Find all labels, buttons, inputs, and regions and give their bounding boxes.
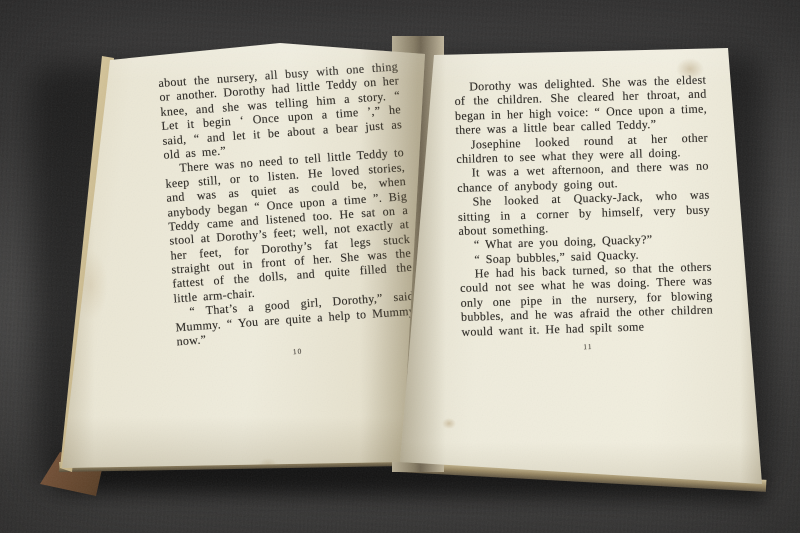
- book-photo-scene: about the nursery, all busy with one thi…: [0, 0, 800, 533]
- book-page-right: Dorothy was delighted. She was the eldes…: [398, 46, 766, 486]
- foxing-stain: [442, 418, 456, 429]
- paragraph: Josephine looked round at her other chil…: [456, 130, 709, 166]
- foxing-stain: [676, 58, 704, 80]
- paragraph: “ Soap bubbles,” said Quacky.: [459, 245, 711, 267]
- paragraph: She looked at Quacky-Jack, who was sitti…: [457, 188, 710, 239]
- paragraph: There was no need to tell little Teddy t…: [164, 145, 413, 305]
- paragraph: It was a wet afternoon, and there was no…: [457, 159, 710, 195]
- paragraph: Dorothy was delighted. She was the eldes…: [454, 73, 708, 138]
- page-text-left: about the nursery, all busy with one thi…: [158, 59, 418, 364]
- paragraph: “ That’s a good girl, Dorothy,” said Mum…: [174, 289, 416, 349]
- page-text-right: Dorothy was delighted. She was the eldes…: [454, 73, 714, 355]
- page-number-right: 11: [462, 338, 714, 354]
- paragraph: about the nursery, all busy with one thi…: [158, 59, 403, 162]
- paragraph: “ What are you doing, Quacky?”: [459, 231, 711, 253]
- book-page-left: about the nursery, all busy with one thi…: [62, 40, 425, 468]
- page-number-left: 10: [178, 339, 418, 365]
- paragraph: He had his back turned, so that the othe…: [460, 260, 714, 339]
